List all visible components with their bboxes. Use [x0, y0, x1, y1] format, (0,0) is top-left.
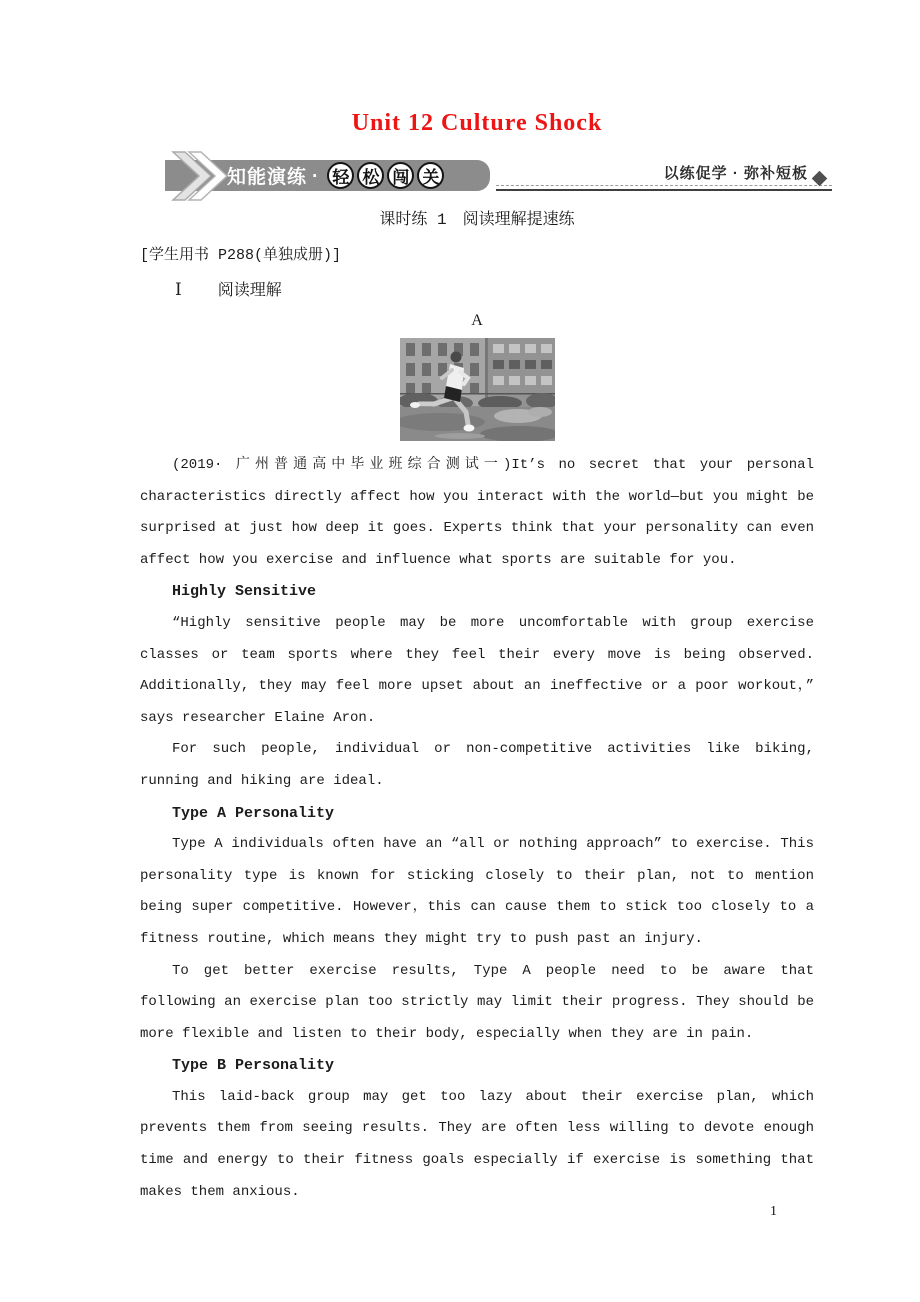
- banner-label: 知能演练: [227, 162, 307, 189]
- article-paragraph: Type A individuals often have an “all or…: [140, 829, 814, 955]
- page-title: Unit 12 Culture Shock: [140, 110, 814, 137]
- page-number: 1: [770, 1204, 777, 1220]
- article-subheading: Highly Sensitive: [140, 576, 814, 608]
- article-subheading: Type A Personality: [140, 798, 814, 830]
- section-banner: 知能演练 · 轻 松 闯 关 以练促学 · 弥补短板: [165, 159, 832, 203]
- article-paragraph: For such people, individual or non-compe…: [140, 734, 814, 797]
- banner-rule-line: [496, 185, 832, 191]
- article-paragraph: This laid-back group may get too lazy ab…: [140, 1082, 814, 1208]
- banner-circle-char: 轻: [327, 162, 354, 189]
- lesson-subtitle: 课时练 1 阅读理解提速练: [140, 206, 814, 229]
- section-heading: Ⅰ阅读理解: [140, 277, 814, 300]
- article-paragraph: To get better exercise results, Type A p…: [140, 956, 814, 1051]
- banner-slogan: 以练促学 · 弥补短板: [664, 162, 808, 183]
- banner-bar: 知能演练 · 轻 松 闯 关: [165, 160, 490, 191]
- runner-photo-image: [400, 338, 555, 441]
- banner-separator-dot: ·: [309, 165, 320, 187]
- banner-circle-char: 关: [417, 162, 444, 189]
- worksheet-body: 课时练 1 阅读理解提速练 [学生用书 P288(单独成册)] Ⅰ阅读理解 A: [140, 202, 814, 1208]
- banner-circle-char: 松: [357, 162, 384, 189]
- article-paragraph: “Highly sensitive people may be more unc…: [140, 608, 814, 734]
- article-body: (2019· 广州普通高中毕业班综合测试一)It’s no secret tha…: [140, 450, 814, 1208]
- passage-label: A: [140, 312, 814, 330]
- section-numeral: Ⅰ: [175, 280, 182, 299]
- banner-circle-char: 闯: [387, 162, 414, 189]
- photo-container: [140, 338, 814, 441]
- double-chevron-icon: [170, 150, 234, 202]
- section-title: 阅读理解: [218, 282, 282, 300]
- article-subheading: Type B Personality: [140, 1050, 814, 1082]
- diamond-icon: [812, 171, 828, 187]
- student-book-reference: [学生用书 P288(单独成册)]: [140, 243, 814, 264]
- article-paragraph: (2019· 广州普通高中毕业班综合测试一)It’s no secret tha…: [140, 450, 814, 576]
